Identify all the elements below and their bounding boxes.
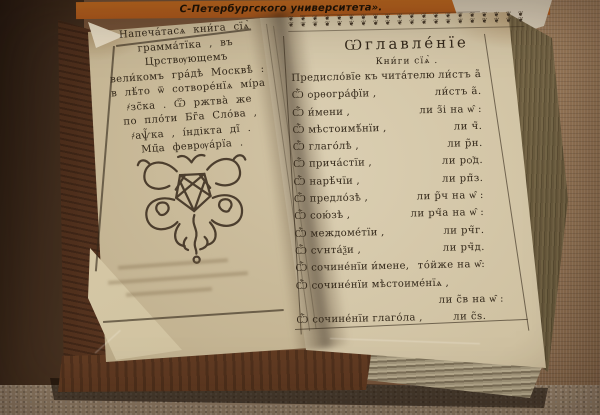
toc-item-page: ли рч̃д. <box>443 242 485 254</box>
toc-item-label: Ѽ междоме́тїи , <box>294 227 384 240</box>
toc-item-label: Ѽ предло́зѣ , <box>294 192 368 205</box>
toc-item-label: Ѽ ѻрѳогра́фїи , <box>292 88 377 101</box>
ink-bleedthrough <box>126 287 212 297</box>
toc-item-page: ли рч̃г. <box>443 225 484 237</box>
toc-item-label: Ѽ и́мени , <box>292 106 350 118</box>
contents-title: Ѡглавле́нїе <box>288 32 524 56</box>
ink-bleedthrough <box>108 271 248 285</box>
toc-item-label: Ѽ сочине́нїи и́мене, <box>295 261 409 274</box>
toc-item-label: Ѽ сѵнта́ѯи , <box>295 244 361 256</box>
toc-item-page: то́йже на ѡ̑: <box>418 259 486 271</box>
toc-row: Ѽ сочине́нїи глаго́ла ,ли с̃ѕ. <box>294 310 530 332</box>
book-photo: С-Петербургского университета». Напеча́т… <box>0 0 600 415</box>
toc-item-label: Предисло́вїе къ чита́телю <box>291 70 435 84</box>
toc-item-label: Ѽ сочине́нїи глаго́ла , <box>296 312 422 326</box>
page-crease <box>95 330 121 353</box>
toc-item-page: ли с̃ѕ. <box>453 311 486 323</box>
toc-item-label: Ѽ мѣстоимѣ́нїи , <box>292 123 386 136</box>
toc-item-page: ли рѻ̃д. <box>442 155 483 167</box>
toc-item-page: ли рч̃а на ѡ̑ : <box>411 207 485 220</box>
contents-subtitle: Кни́ги сїѧ̀ . <box>289 53 525 69</box>
background-cardboard-right <box>536 0 600 402</box>
toc-item-label: Ѽ сочине́нїи мѣстоиме́нїѧ , <box>296 277 450 291</box>
colophon-text-block: Напеча́тасѧ кни́га сїѧ̀грамма́тїка , въ … <box>102 19 275 161</box>
toc-item-page: ли с̃в на ѡ̑ : <box>439 293 505 305</box>
woodcut-vignette <box>125 145 263 274</box>
toc-item-label: Ѽ глаго́лѣ , <box>293 141 359 153</box>
floral-ornament-icon <box>125 145 263 274</box>
toc-item-page: ли рп̃з. <box>442 173 484 185</box>
table-of-contents: ❦ ❦ ❦ ❦ ❦ ❦ ❦ ❦ ❦ ❦ ❦ ❦ ❦ ❦ ❦ ❦ ❦ ❦ ❦ ❦ … <box>288 11 531 332</box>
toc-item-page: ли р̃н. <box>447 138 483 150</box>
toc-item-label: Ѽ прича́стїи , <box>293 158 372 171</box>
toc-item-page: ли з̃і на ѡ̑ : <box>419 104 482 116</box>
toc-item-page: ли́стъ а̃ <box>438 69 481 81</box>
toc-list: Предисло́вїе къ чита́телюли́стъ а̃Ѽ ѻрѳо… <box>289 68 530 332</box>
toc-item-page: ли ч̃. <box>454 121 483 133</box>
page-crease <box>330 338 480 344</box>
toc-item-label: Ѽ нарѣ́чїи , <box>293 175 360 187</box>
left-page-frame-bottom <box>103 309 284 322</box>
toc-item-page: ли р̃ч на ѡ̑ : <box>417 190 484 202</box>
background-carpet-bottom <box>0 385 600 415</box>
toc-item-page: ли́стъ а̃. <box>435 86 482 98</box>
toc-item-label: Ѽ сою́зѣ , <box>294 210 350 222</box>
background-table-left <box>0 0 84 400</box>
